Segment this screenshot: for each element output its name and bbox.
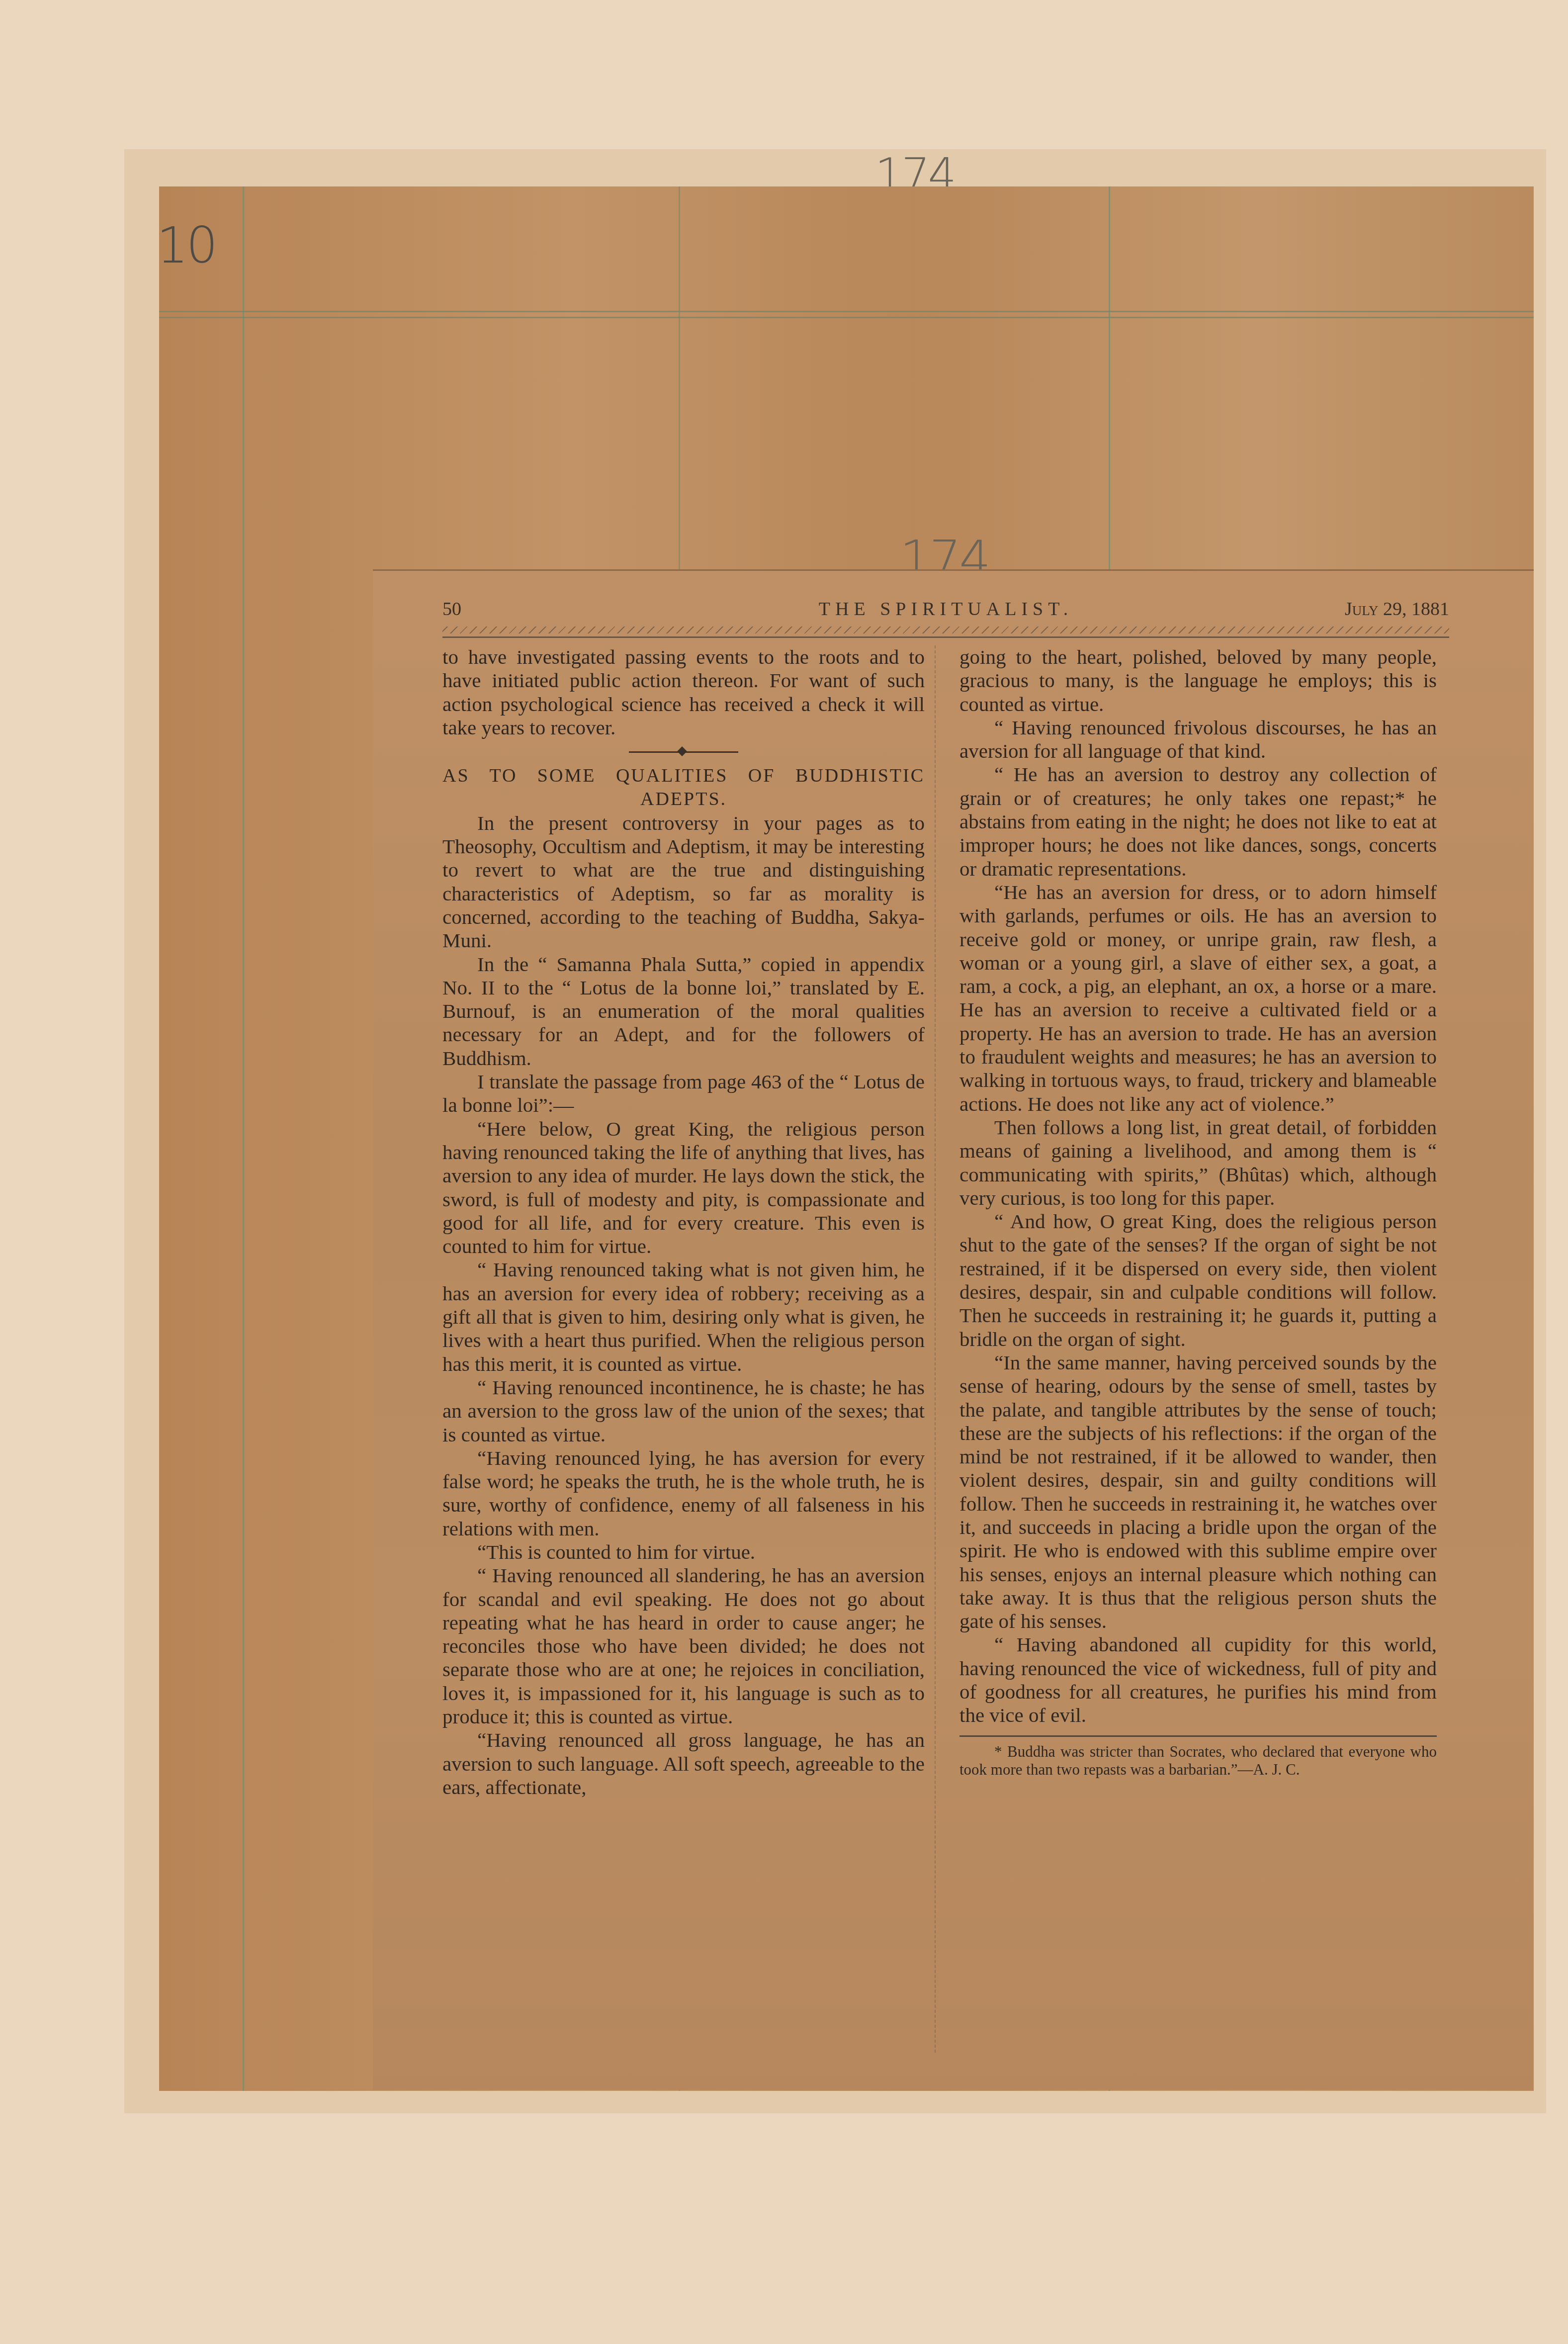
footnote-rule	[959, 1735, 1437, 1737]
article-heading: AS TO SOME QUALITIES OF BUDDHISTIC ADEPT…	[442, 764, 925, 811]
continuation-paragraph: to have investigated passing events to t…	[442, 645, 925, 739]
newspaper-clipping: 50 THE SPIRITUALIST. July 29, 1881 to ha…	[373, 569, 1534, 2090]
section-ornament	[442, 739, 925, 764]
column-divider	[935, 645, 945, 2053]
right-column: going to the heart, polished, beloved by…	[959, 645, 1437, 1779]
paragraph: In the “ Samanna Phala Sutta,” copied in…	[442, 953, 925, 1070]
paragraph: “This is counted to him for virtue.	[442, 1540, 925, 1564]
paragraph: I translate the passage from page 463 of…	[442, 1070, 925, 1117]
paragraph: “Having renounced all gross language, he…	[442, 1728, 925, 1799]
left-column: to have investigated passing events to t…	[442, 645, 925, 1799]
paragraph: Then follows a long list, in great detai…	[959, 1116, 1437, 1210]
masthead: 50 THE SPIRITUALIST. July 29, 1881	[442, 598, 1449, 628]
paragraph: “Here below, O great King, the religious…	[442, 1117, 925, 1259]
paragraph: “Having renounced lying, he has aversion…	[442, 1446, 925, 1540]
header-rule	[442, 636, 1449, 638]
ledger-number: 10	[157, 216, 216, 274]
paragraph: “ Having renounced all slandering, he ha…	[442, 1564, 925, 1728]
paragraph: “ Having renounced incontinence, he is c…	[442, 1376, 925, 1446]
publication-title: THE SPIRITUALIST.	[442, 598, 1449, 620]
paragraph: going to the heart, polished, beloved by…	[959, 645, 1437, 716]
paragraph: “ And how, O great King, does the religi…	[959, 1210, 1437, 1351]
paragraph: “He has an aversion for dress, or to ado…	[959, 881, 1437, 1116]
footnote: * Buddha was stricter than Socrates, who…	[959, 1743, 1437, 1779]
paragraph: “ Having renounced taking what is not gi…	[442, 1258, 925, 1375]
ledger-rule-horizontal	[159, 311, 1534, 312]
paragraph: “ Having abandoned all cupidity for this…	[959, 1633, 1437, 1727]
wavy-rule	[442, 627, 1449, 633]
paragraph: “In the same manner, having perceived so…	[959, 1351, 1437, 1633]
issue-date: July 29, 1881	[1345, 598, 1449, 620]
paragraph: “ Having renounced frivolous discourses,…	[959, 716, 1437, 763]
paragraph: In the present controversy in your pages…	[442, 811, 925, 953]
paragraph: “ He has an aversion to destroy any coll…	[959, 763, 1437, 880]
ledger-rule-horizontal	[159, 317, 1534, 318]
ledger-rule-vertical	[243, 186, 244, 2091]
